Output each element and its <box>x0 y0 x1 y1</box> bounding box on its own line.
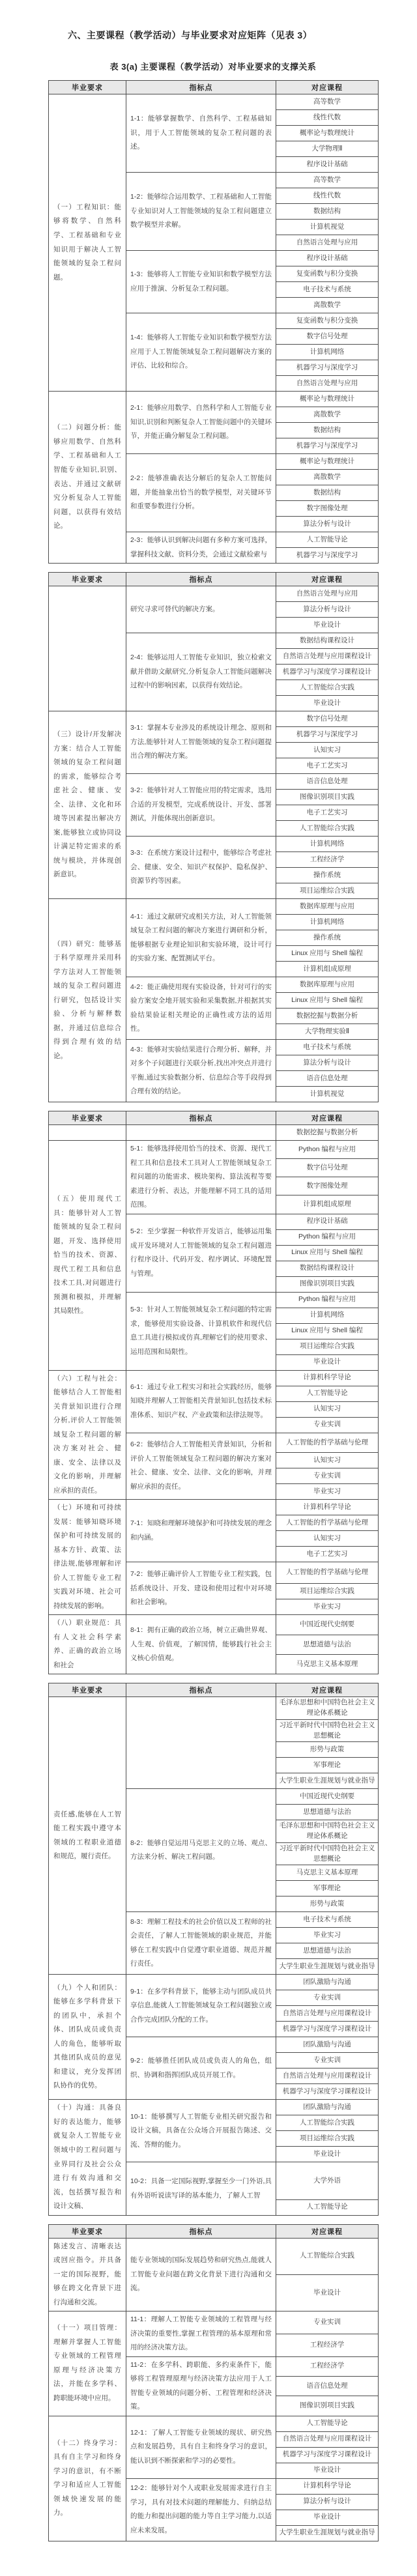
course-cell: 概率论与数理统计 <box>276 126 379 141</box>
requirement-cell: （六）工程与社会：能够结合人工智能相关背景知识进行合理分析,评价人工智能领域复杂… <box>49 1370 126 1500</box>
course-cell: 毕业设计 <box>276 696 379 711</box>
course-cell: 自然语言处理与应用课程设计 <box>276 2431 379 2447</box>
course-cell: 思想道德与法治 <box>276 1943 379 1959</box>
course-cell: 团队激励与沟通 <box>276 2100 379 2115</box>
support-matrix-block-3: 毕业要求指标点对应课程数据挖掘与数据分析（五）使用现代工具：能够针对人工智能领域… <box>48 1111 379 1674</box>
column-header-requirement: 毕业要求 <box>49 2224 126 2238</box>
course-cell: 大学物理实验Ⅱ <box>276 1024 379 1040</box>
course-cell: 电子技术与系统 <box>276 282 379 298</box>
requirement-cell: （三）设计/开发解决方案：结合人工智能领域的复杂工程问题的需求，能够综合考虑社会… <box>49 711 126 899</box>
requirement-cell: （十）沟通：具备良好的表达能力，能够就复杂人工智能专业领域中的工程问题与业界同行… <box>49 2100 126 2215</box>
course-cell: 马克思主义基本原理 <box>276 1655 379 1674</box>
requirement-cell: （八）职业规范：具有人文社会科学素养、正确的政治立场和社会 <box>49 1615 126 1674</box>
course-cell: 电子工艺实习 <box>276 805 379 821</box>
course-cell: 数字信号处理 <box>276 711 379 727</box>
course-cell: 机器学习与深度学习 <box>276 548 379 564</box>
course-cell: 电子技术与系统 <box>276 1912 379 1928</box>
column-header-requirement: 毕业要求 <box>49 1111 126 1125</box>
course-cell: 计算机科学导论 <box>276 1500 379 1515</box>
course-cell: 操作系统 <box>276 930 379 946</box>
indicator-cell: 5-2：至少掌握一种软件开发语言，能够运用集成开发环境对人工智能领域的复杂工程问… <box>126 1214 276 1292</box>
indicator-cell: 1-1：能够掌握数学、自然科学、工程基础知识，用于人工智能领域的复杂工程问题的表… <box>126 94 276 173</box>
course-cell: 离散数学 <box>276 470 379 485</box>
course-cell: 毕业实习 <box>276 1599 379 1615</box>
course-cell: 计算机视觉 <box>276 220 379 235</box>
indicator-cell: 12-1：了解人工智能专业领域的现状、研究热点和发展趋势，具有自主和终身学习的意… <box>126 2416 276 2478</box>
indicator-cell: 4-2：能正确使用现有实验设备，针对可行的实验方案安全地开展实验和采集数据,并根… <box>126 977 276 1040</box>
course-cell: 自然语言处理与应用 <box>276 586 379 602</box>
course-cell: 大学生职业生涯规划与就业指导 <box>276 1773 379 1789</box>
course-row: （二）问题分析：能够应用数学、自然科学、工程基础和人工智能专业知识,识别、表达、… <box>49 392 379 407</box>
course-cell: 数据库原理与应用 <box>276 977 379 993</box>
course-cell: 习近平新时代中国特色社会主义思想概论 <box>276 1719 379 1742</box>
course-cell: 工程经济学 <box>276 852 379 868</box>
course-cell: 认知实习 <box>276 1531 379 1547</box>
course-cell: 自然语言处理与应用 <box>276 235 379 251</box>
course-cell: 毛泽东思想和中国特色社会主义理论体系概论 <box>276 1697 379 1720</box>
course-cell: 离散数学 <box>276 298 379 313</box>
course-cell: 计算机科学导论 <box>276 1370 379 1386</box>
column-header-indicator: 指标点 <box>126 573 276 586</box>
course-cell: 线性代数 <box>276 188 379 204</box>
course-cell: 离散数学 <box>276 407 379 423</box>
course-cell: 机器学习与深度学习课程设计 <box>276 665 379 680</box>
course-cell: 人工智能的哲学基础与伦理 <box>276 1433 379 1453</box>
course-row: 责任感,能够在人工智能工程实践中遵守本领域的工程职业道德和规范，履行责任。毛泽东… <box>49 1697 379 1720</box>
course-row: （七）环境和可持续发展：能够知晓环境保护和可持续发展的基本方针、政策、法律法规,… <box>49 1500 379 1515</box>
column-header-indicator: 指标点 <box>126 81 276 94</box>
course-cell: 电子技术与系统 <box>276 1040 379 1055</box>
course-cell: 数据结构 <box>276 485 379 501</box>
course-row: 陈述发言、清晰表达或回应指令。并具备一定的国际视野，能够在跨文化背景下进行沟通和… <box>49 2238 379 2274</box>
course-cell: 人工智能的哲学基础与伦理 <box>276 1562 379 1584</box>
requirement-cell: （一）工程知识：能够将数学、自然科学、工程基础和专业知识用于解决人工智能领域的复… <box>49 94 126 392</box>
section-title: 六、主要课程（教学活动）与毕业要求对应矩阵（见表 3） <box>68 29 417 42</box>
course-cell: 人工智能导论 <box>276 2416 379 2431</box>
indicator-cell: 1-4：能够将人工智能专业知识和数学模型方法应用于人工智能领域复杂工程问题解决方… <box>126 313 276 392</box>
column-header-indicator: 指标点 <box>126 2224 276 2238</box>
course-cell: 项目运维综合实践 <box>276 2131 379 2147</box>
course-cell: 计算机网络 <box>276 837 379 852</box>
course-cell: 专业实训 <box>276 2053 379 2068</box>
course-cell: 操作系统 <box>276 868 379 883</box>
course-row: （三）设计/开发解决方案：结合人工智能领域的复杂工程问题的需求，能够综合考虑社会… <box>49 711 379 727</box>
support-matrix-block-5: 毕业要求指标点对应课程陈述发言、清晰表达或回应指令。并具备一定的国际视野，能够在… <box>48 2224 379 2541</box>
requirement-cell: 陈述发言、清晰表达或回应指令。并具备一定的国际视野，能够在跨文化背景下进行沟通和… <box>49 2238 126 2311</box>
course-cell: 数据挖掘与数据分析 <box>276 1125 379 1141</box>
course-cell: 习近平新时代中国特色社会主义思想概论 <box>276 1842 379 1865</box>
course-cell: 毕业设计 <box>276 2147 379 2162</box>
column-header-indicator: 指标点 <box>126 1683 276 1697</box>
course-cell: 机器学习与深度学习 <box>276 360 379 376</box>
course-row: （十二）终身学习：具有自主学习和终身学习的意识，有不断学习和适应人工智能领域快速… <box>49 2416 379 2431</box>
indicator-cell: 4-3：能够对实验结果进行合理分析、解释，并对多个子问题进行关联分析,找出冲突点… <box>126 1040 276 1102</box>
requirement-cell: （十一）项目管理：理解并掌握人工智能专业领域的工程管理原理与经济决策方法，并能在… <box>49 2311 126 2416</box>
course-cell: 形势与政策 <box>276 1742 379 1758</box>
course-cell: 马克思主义基本原理 <box>276 1865 379 1881</box>
course-cell: 项目运维综合实践 <box>276 1339 379 1354</box>
course-cell: 数据库原理与应用 <box>276 899 379 915</box>
course-cell: 图像识别项目实践 <box>276 1276 379 1292</box>
column-header-requirement: 毕业要求 <box>49 573 126 586</box>
course-cell: 人工智能综合实践 <box>276 680 379 696</box>
course-row: （五）使用现代工具：能够针对人工智能领域的复杂工程问题，开发、选择使用恰当的技术… <box>49 1141 379 1159</box>
course-row: 数据挖掘与数据分析 <box>49 1125 379 1141</box>
column-header-course: 对应课程 <box>276 81 379 94</box>
course-cell: 概率论与数理统计 <box>276 392 379 407</box>
course-cell: 工程经济学 <box>276 2334 379 2356</box>
course-row: （六）工程与社会：能够结合人工智能相关背景知识进行合理分析,评价人工智能领域复杂… <box>49 1370 379 1386</box>
course-cell: 电子工艺实习 <box>276 758 379 774</box>
indicator-cell: 11-2：在多学科、跨职能、多约束条件下，能够将工程管理原理与经济决策方法应用于… <box>126 2356 276 2416</box>
course-cell: 电子工艺实习 <box>276 1547 379 1562</box>
course-cell: 大学外语 <box>276 2162 379 2199</box>
course-cell: 机器学习与深度学习课程设计 <box>276 2084 379 2100</box>
indicator-cell <box>126 1697 276 1789</box>
course-row: （四）研究：能够基于科学原理并采用科学方法对人工智能领域的复杂工程问题进行研究，… <box>49 899 379 915</box>
course-cell: 复变函数与积分变换 <box>276 313 379 329</box>
indicator-cell: 7-2：能够正确评价人工智能专业工程实践，包括系统设计、开发、建设和使用过程中对… <box>126 1562 276 1615</box>
course-cell: 数据结构 <box>276 423 379 438</box>
requirement-cell: （十二）终身学习：具有自主学习和终身学习的意识，有不断学习和适应人工智能领域快速… <box>49 2416 126 2541</box>
course-cell: 数据结构课程设计 <box>276 1261 379 1276</box>
requirement-cell: （二）问题分析：能够应用数学、自然科学、工程基础和人工智能专业知识,识别、表达、… <box>49 392 126 564</box>
indicator-cell: 7-1：知晓和理解环境保护和可持续发展的理念和内涵。 <box>126 1500 276 1562</box>
course-cell: 计算机网络 <box>276 915 379 930</box>
course-cell: 专业实训 <box>276 1417 379 1433</box>
indicator-cell: 1-3：能够将人工智能专业知识和数学模型方法应用于推演、分析复杂工程问题。 <box>126 251 276 313</box>
header-row: 毕业要求指标点对应课程 <box>49 573 379 586</box>
course-cell: 项目运维综合实践 <box>276 883 379 899</box>
indicator-cell: 4-1：通过文献研究或相关方法，对人工智能领域复杂工程问题的解决方案进行调研和分… <box>126 899 276 977</box>
course-cell: 项目运维综合实践 <box>276 1584 379 1599</box>
course-cell: 数据结构 <box>276 204 379 220</box>
requirement-cell: （七）环境和可持续发展：能够知晓环境保护和可持续发展的基本方针、政策、法律法规,… <box>49 1500 126 1615</box>
course-cell: 数据挖掘与数据分析 <box>276 1009 379 1024</box>
document-page: 六、主要课程（教学活动）与毕业要求对应矩阵（见表 3） 表 3(a) 主要课程（… <box>0 0 417 2576</box>
indicator-cell: 2-1：能够应用数学、自然科学和人工智能专业知识,识别和判断复杂人工智能问题中的… <box>126 392 276 454</box>
indicator-cell: 3-3：在系统方案设计过程中，能够综合考虑社会、健康、安全、知识产权保护、隐私保… <box>126 837 276 899</box>
support-matrix-block-4: 毕业要求指标点对应课程责任感,能够在人工智能工程实践中遵守本领域的工程职业道德和… <box>48 1683 379 2215</box>
column-header-course: 对应课程 <box>276 573 379 586</box>
indicator-cell: 1-2：能够综合运用数学、工程基础和人工智能专业知识对人工智能领域的复杂工程问题… <box>126 173 276 251</box>
course-cell: 语音信息处理 <box>276 774 379 790</box>
course-cell: Python 编程与应用 <box>276 1141 379 1159</box>
course-cell: 机器学习与深度学习课程设计 <box>276 2447 379 2463</box>
course-cell: 自然语言处理与应用课程设计 <box>276 2006 379 2022</box>
course-cell: 数字信号处理 <box>276 329 379 345</box>
course-cell: Linux 应用与 Shell 编程 <box>276 946 379 962</box>
course-cell: 程序设计基础 <box>276 1214 379 1229</box>
indicator-cell: 2-3：能够认识到解决问题有多种方案可选择，掌握科技文献、资料分类，会通过文献检… <box>126 532 276 564</box>
course-cell: Python 编程与应用 <box>276 1229 379 1245</box>
course-cell: 机器学习与深度学习 <box>276 727 379 743</box>
course-cell: 高等数学 <box>276 173 379 188</box>
course-cell: 人工智能导论 <box>276 2199 379 2215</box>
requirement-cell: （九）个人和团队：能够在多学科背景下的团队中，承担个体、团队成员或负责人的角色，… <box>49 1975 126 2100</box>
support-matrix-block-2: 毕业要求指标点对应课程研究寻求可替代的解决方案。自然语言处理与应用算法分析与设计… <box>48 572 379 1102</box>
course-cell: 机器学习与深度学习 <box>276 438 379 454</box>
column-header-course: 对应课程 <box>276 1111 379 1125</box>
course-cell: 毕业设计 <box>276 618 379 633</box>
support-matrix-block-1: 毕业要求指标点对应课程（一）工程知识：能够将数学、自然科学、工程基础和专业知识用… <box>48 80 379 564</box>
course-cell: 人工智能导论 <box>276 1386 379 1401</box>
course-cell: 机器学习与深度学习课程设计 <box>276 2022 379 2037</box>
course-row: （一）工程知识：能够将数学、自然科学、工程基础和专业知识用于解决人工智能领域的复… <box>49 94 379 110</box>
course-cell: 算法分析与设计 <box>276 602 379 618</box>
course-cell: 计算机视觉 <box>276 1087 379 1102</box>
requirement-cell: （四）研究：能够基于科学原理并采用科学方法对人工智能领域的复杂工程问题进行研究，… <box>49 899 126 1102</box>
indicator-cell: 9-1：在多学科背景下，能够主动与团队成员共享信息,能就人工智能领域复杂工程问题… <box>126 1975 276 2037</box>
course-cell: Linux 应用与 Shell 编程 <box>276 1245 379 1261</box>
course-row: 研究寻求可替代的解决方案。自然语言处理与应用 <box>49 586 379 602</box>
header-row: 毕业要求指标点对应课程 <box>49 2224 379 2238</box>
course-cell: 计算机组成原理 <box>276 1195 379 1214</box>
course-cell: 计算机网络 <box>276 1308 379 1323</box>
course-cell: Linux 应用与 Shell 编程 <box>276 1323 379 1339</box>
course-cell: 人工智能导论 <box>276 532 379 548</box>
header-row: 毕业要求指标点对应课程 <box>49 81 379 94</box>
course-cell: 毕业设计 <box>276 2463 379 2478</box>
course-cell: 语音信息处理 <box>276 1071 379 1087</box>
indicator-cell: 6-1：通过专业工程实习和社会实践经历，能够知晓并理解人工智能相关背景知识,包括… <box>126 1370 276 1433</box>
course-cell: 人工智能的哲学基础与伦理 <box>276 1515 379 1531</box>
course-cell: 算法分析与设计 <box>276 517 379 532</box>
course-cell: 专业实训 <box>276 2311 379 2334</box>
indicator-cell: 能专业领域的国际发展趋势和研究热点,能就人工智能专业问题在跨文化背景下进行沟通和… <box>126 2238 276 2311</box>
course-row: （十一）项目管理：理解并掌握人工智能专业领域的工程管理原理与经济决策方法，并能在… <box>49 2311 379 2334</box>
indicator-cell: 8-2：能够自觉运用马克思主义的立场、观点、方法来分析、解决工程问题。 <box>126 1789 276 1912</box>
column-header-requirement: 毕业要求 <box>49 81 126 94</box>
course-cell: 大学物理Ⅱ <box>276 141 379 157</box>
course-cell: Linux 应用与 Shell 编程 <box>276 993 379 1009</box>
header-row: 毕业要求指标点对应课程 <box>49 1111 379 1125</box>
course-cell: 毛泽东思想和中国特色社会主义理论体系概论 <box>276 1820 379 1843</box>
course-cell: 中国近现代史纲要 <box>276 1615 379 1635</box>
course-cell: 人工智能综合实践 <box>276 2238 379 2274</box>
course-cell: 军事理论 <box>276 1881 379 1896</box>
course-cell: 思想道德与法治 <box>276 1805 379 1820</box>
course-cell: 专业实训 <box>276 1990 379 2006</box>
course-cell: 中国近现代史纲要 <box>276 1789 379 1805</box>
course-cell: 计算机网络 <box>276 345 379 360</box>
course-cell: 人工智能综合实践 <box>276 2115 379 2131</box>
course-cell: 程序设计基础 <box>276 157 379 173</box>
course-cell: 认知实习 <box>276 1401 379 1417</box>
course-cell: 高等数学 <box>276 94 379 110</box>
course-cell: 大学生职业生涯规划与就业指导 <box>276 2525 379 2541</box>
course-cell: 认知实习 <box>276 743 379 758</box>
course-cell: 军事理论 <box>276 1758 379 1773</box>
course-cell: 复变函数与积分变换 <box>276 266 379 282</box>
indicator-cell: 3-1：掌握本专业涉及的系统设计理念、原则和方法,能够针对人工智能领域的复杂工程… <box>126 711 276 774</box>
course-cell: 毕业实习 <box>276 1484 379 1500</box>
course-row: （八）职业规范：具有人文社会科学素养、正确的政治立场和社会8-1：拥有正确的政治… <box>49 1615 379 1635</box>
course-cell: 数字图像处理 <box>276 1177 379 1195</box>
indicator-cell: 10-2：具备一定国际视野,掌握至少一门外语,具有外语听说读写译的基本能力，了解… <box>126 2162 276 2215</box>
indicator-cell: 11-1：理解人工智能专业领域的工程管理与经济决策的重要性,掌握工程管理的基本原… <box>126 2311 276 2357</box>
requirement-cell: （五）使用现代工具：能够针对人工智能领域的复杂工程问题，开发、选择使用恰当的技术… <box>49 1141 126 1371</box>
indicator-cell: 2-2：能够准确表达分解后的复杂人工智能问题，并能抽象出恰当的数学模型，对关键环… <box>126 454 276 532</box>
course-cell: 算法分析与设计 <box>276 2494 379 2510</box>
column-header-indicator: 指标点 <box>126 1111 276 1125</box>
course-cell: 毕业设计 <box>276 2274 379 2311</box>
course-cell: 图像识别项目实践 <box>276 2396 379 2416</box>
course-cell: 算法分析与设计 <box>276 1055 379 1071</box>
course-cell: 自然语言处理与应用课程设计 <box>276 2068 379 2084</box>
indicator-cell: 3-2：能够针对人工智能应用的特定需求，选用合适的开发模型，完成系统设计、开发、… <box>126 774 276 837</box>
indicator-cell: 6-2：能够结合人工智能相关背景知识，分析和评价人工智能领域复杂工程问题的解决方… <box>126 1433 276 1500</box>
requirement-cell <box>49 586 126 711</box>
course-cell: 毕业实习 <box>276 1928 379 1943</box>
course-cell: 认知实习 <box>276 1453 379 1468</box>
course-cell: 人工智能综合实践 <box>276 821 379 837</box>
column-header-requirement: 毕业要求 <box>49 1683 126 1697</box>
course-cell: 图像识别项目实践 <box>276 790 379 805</box>
support-matrix-blocks: 毕业要求指标点对应课程（一）工程知识：能够将数学、自然科学、工程基础和专业知识用… <box>48 80 417 2541</box>
course-cell: Python 编程与应用 <box>276 1292 379 1308</box>
course-cell: 自然语言处理与应用 <box>276 376 379 392</box>
table-caption: 表 3(a) 主要课程（教学活动）对毕业要求的支撑关系 <box>48 60 378 72</box>
requirement-cell <box>49 1125 126 1141</box>
course-cell: 线性代数 <box>276 110 379 126</box>
course-cell: 程序设计基础 <box>276 251 379 266</box>
course-cell: 概率论与数理统计 <box>276 454 379 470</box>
course-row: （九）个人和团队：能够在多学科背景下的团队中，承担个体、团队成员或负责人的角色，… <box>49 1975 379 1990</box>
indicator-cell: 研究寻求可替代的解决方案。 <box>126 586 276 633</box>
course-cell: 团队激励与沟通 <box>276 2037 379 2053</box>
course-cell: 计算机组成原理 <box>276 962 379 977</box>
course-cell: 形势与政策 <box>276 1896 379 1912</box>
course-cell: 数据结构课程设计 <box>276 633 379 649</box>
header-row: 毕业要求指标点对应课程 <box>49 1683 379 1697</box>
indicator-cell: 8-1：拥有正确的政治立场，树立正确世界观、人生观、价值观，了解国情，能够践行社… <box>126 1615 276 1674</box>
indicator-cell: 8-3：理解工程技术的社会价值以及工程师的社会责任，了解人工智能领域的职业规范，… <box>126 1912 276 1975</box>
indicator-cell: 10-1：能够撰写人工智能专业相关研究报告和设计文稿，具备在公众场合开展报告陈述… <box>126 2100 276 2162</box>
indicator-cell: 5-3：针对人工智能领域复杂工程问题的特定需求，能够使用实验设备、计算机软件和现… <box>126 1292 276 1370</box>
indicator-cell: 5-1：能够选择使用恰当的技术、资源、现代工程工具和信息技术工具对人工智能领域复… <box>126 1141 276 1214</box>
course-cell: 语音信息处理 <box>276 2377 379 2396</box>
course-cell: 数字信号处理 <box>276 1159 379 1177</box>
course-cell: 思想道德与法治 <box>276 1635 379 1654</box>
course-cell: 自然语言处理与应用课程设计 <box>276 649 379 665</box>
course-cell: 毕业设计 <box>276 2510 379 2525</box>
course-cell: 工程经济学 <box>276 2356 379 2376</box>
course-cell: 团队激励与沟通 <box>276 1975 379 1990</box>
course-cell: 毕业设计 <box>276 1354 379 1370</box>
indicator-cell: 9-2：能够胜任团队成员或负责人的角色，组织、协调和指挥团队成员开展工作。 <box>126 2037 276 2100</box>
course-cell: 专业实训 <box>276 1468 379 1484</box>
course-row: （十）沟通：具备良好的表达能力，能够就复杂人工智能专业领域中的工程问题与业界同行… <box>49 2100 379 2115</box>
indicator-cell: 12-2：能够针对个人或职业发展需求进行自主学习，具有对技术问题的理解能力、归纳… <box>126 2478 276 2541</box>
course-cell: 数字图像处理 <box>276 501 379 517</box>
requirement-cell: 责任感,能够在人工智能工程实践中遵守本领域的工程职业道德和规范，履行责任。 <box>49 1697 126 1975</box>
indicator-cell <box>126 1125 276 1141</box>
course-cell: 大学生职业生涯规划与就业指导 <box>276 1959 379 1975</box>
column-header-course: 对应课程 <box>276 2224 379 2238</box>
course-cell: 计算机科学导论 <box>276 2478 379 2494</box>
indicator-cell: 2-4：能够运用人工智能专业知识，独立检索文献并借助文献研究,分析复杂人工智能问… <box>126 633 276 711</box>
column-header-course: 对应课程 <box>276 1683 379 1697</box>
